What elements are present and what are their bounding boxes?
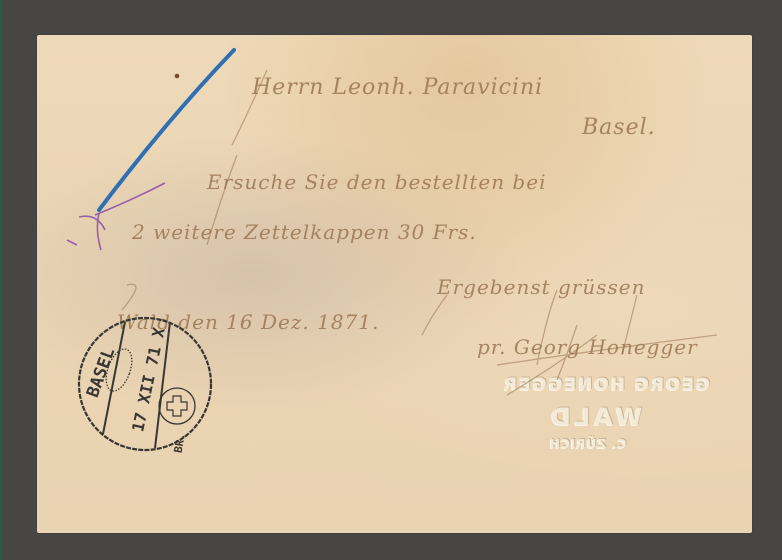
blue-crayon-stroke — [99, 50, 234, 210]
purple-mark — [67, 183, 165, 250]
postmark: BASEL 17 XII 71 X BR. — [79, 318, 211, 454]
marks-overlay: BASEL 17 XII 71 X BR. — [37, 35, 752, 533]
postmark-town: BASEL — [83, 345, 119, 400]
postcard: Herrn Leonh. Paravicini Basel. Ersuche S… — [37, 35, 752, 533]
postmark-suffix: BR. — [172, 432, 188, 454]
mount-edge — [0, 0, 2, 560]
